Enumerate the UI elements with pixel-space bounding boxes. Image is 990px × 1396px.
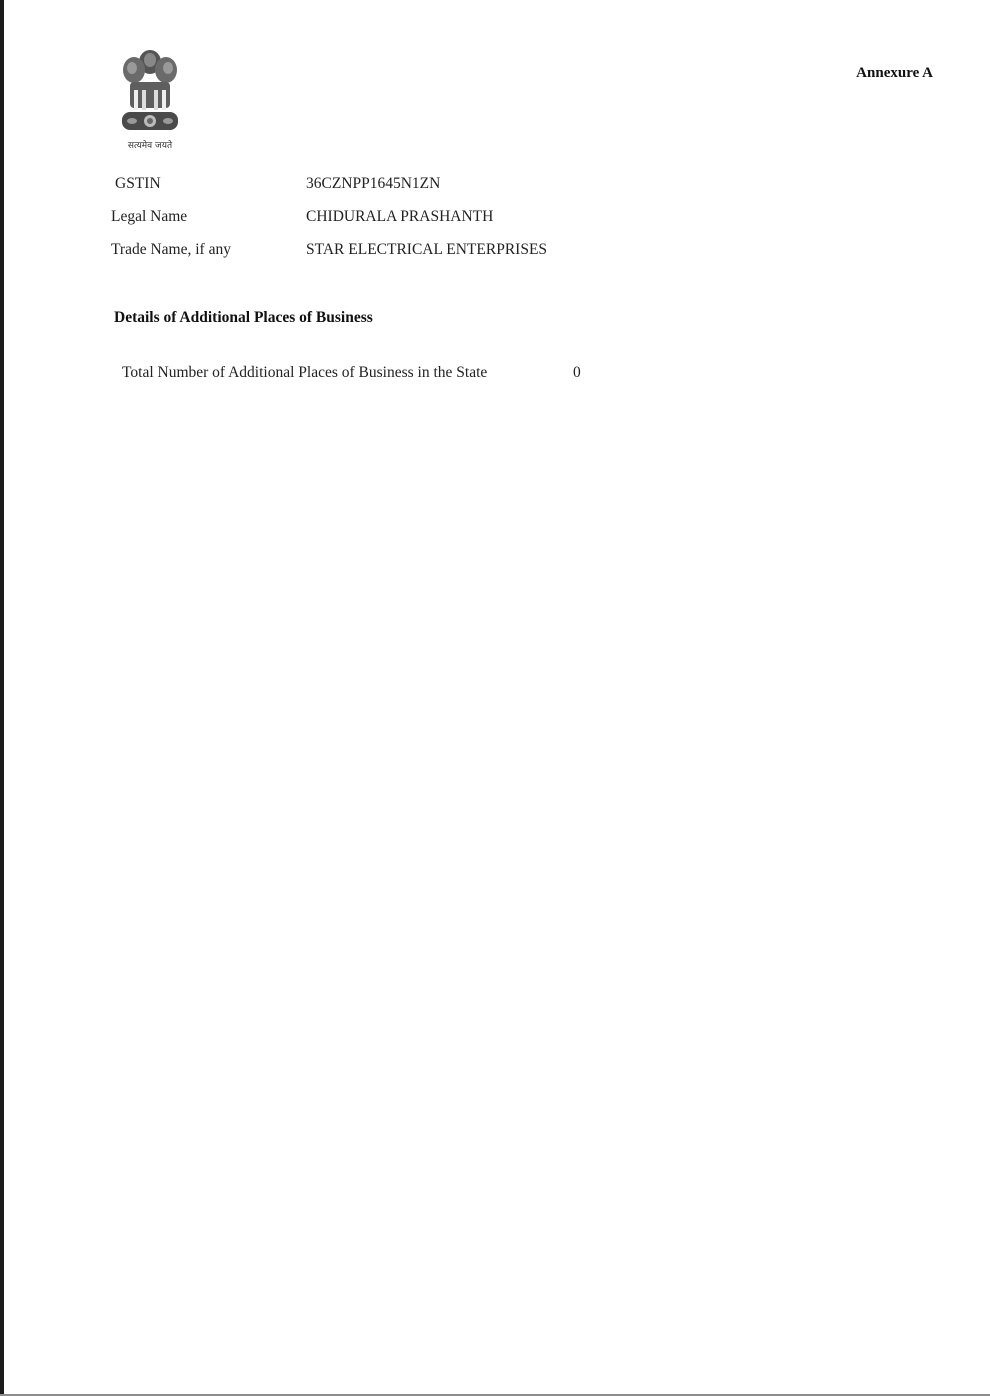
additional-places-heading: Details of Additional Places of Business [114, 309, 373, 327]
gstin-value: 36CZNPP1645N1ZN [306, 175, 440, 193]
page-left-border [0, 0, 4, 1396]
emblem-motto: सत्यमेव जयते [112, 138, 188, 151]
legal-name-value: CHIDURALA PRASHANTH [306, 208, 493, 226]
state-emblem-of-india-icon [112, 46, 188, 138]
state-emblem: सत्यमेव जयते [112, 46, 188, 156]
trade-name-value: STAR ELECTRICAL ENTERPRISES [306, 241, 547, 259]
annexure-label: Annexure A [856, 65, 933, 82]
total-additional-places-value: 0 [573, 364, 581, 382]
trade-name-label: Trade Name, if any [111, 241, 231, 259]
legal-name-label: Legal Name [111, 208, 187, 226]
gstin-label: GSTIN [115, 175, 161, 193]
total-additional-places-label: Total Number of Additional Places of Bus… [122, 364, 487, 382]
